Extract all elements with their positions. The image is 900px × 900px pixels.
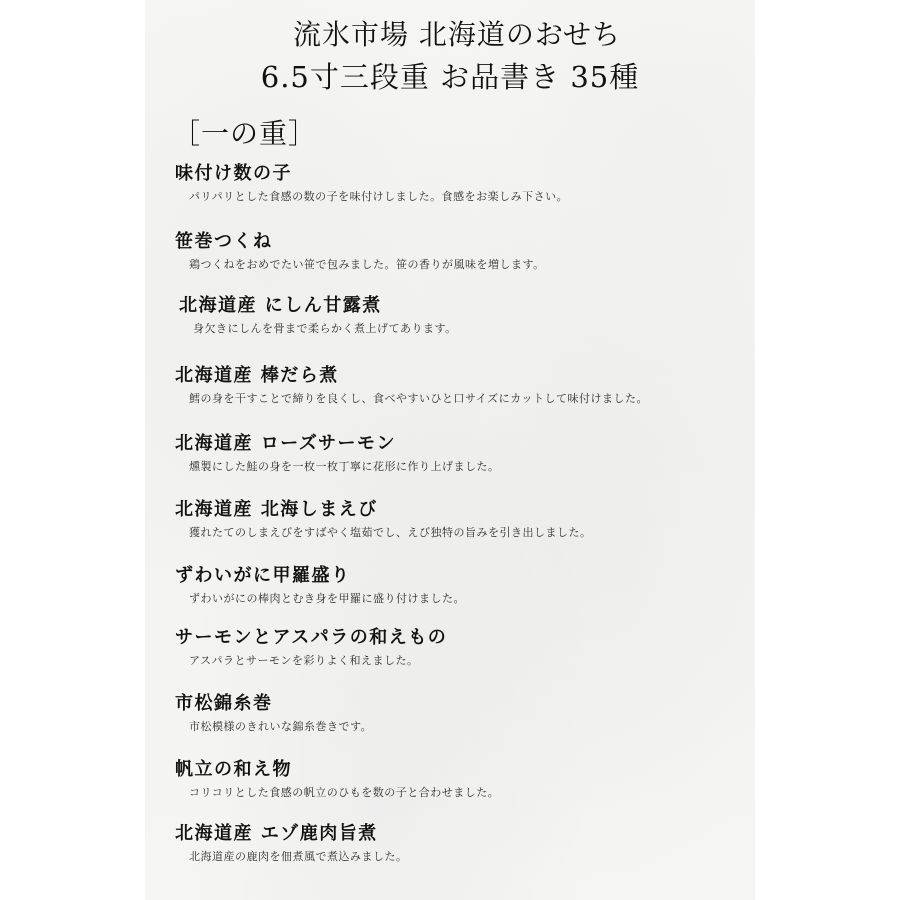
menu-item: サーモンとアスパラの和えもの アスパラとサーモンを彩りよく和えました。	[175, 626, 745, 669]
menu-item-description: コリコリとした食感の帆立のひもを数の子と合わせました。	[175, 785, 745, 801]
menu-item-name: 市松錦糸巻	[175, 692, 745, 716]
menu-item: 帆立の和え物 コリコリとした食感の帆立のひもを数の子と合わせました。	[175, 758, 745, 801]
title-shop-name: 流氷市場 北海道のおせち	[145, 14, 755, 56]
menu-item: 市松錦糸巻 市松模様のきれいな錦糸巻きです。	[175, 692, 745, 735]
menu-item-description: 鱈の身を干すことで締りを良くし、食べやすいひと口サイズにカットして味付けました。	[175, 391, 745, 407]
menu-item-name: 味付け数の子	[175, 162, 745, 186]
menu-item: 北海道産 エゾ鹿肉旨煮 北海道産の鹿肉を佃煮風で煮込みました。	[175, 822, 745, 865]
menu-item: 味付け数の子 パリパリとした食感の数の子を味付けしました。食感をお楽しみ下さい。	[175, 162, 745, 205]
menu-item: 北海道産 にしん甘露煮 身欠きにしんを骨まで柔らかく煮上げてあります。	[179, 294, 749, 337]
menu-paper: 流氷市場 北海道のおせち 6.5寸三段重 お品書き 35種 ［一の重］ 味付け数…	[145, 0, 755, 900]
menu-item-description: 北海道産の鹿肉を佃煮風で煮込みました。	[175, 849, 745, 865]
menu-item-name: 北海道産 棒だら煮	[175, 364, 745, 388]
menu-item-description: アスパラとサーモンを彩りよく和えました。	[175, 653, 745, 669]
menu-item: ずわいがに甲羅盛り ずわいがにの棒肉とむき身を甲羅に盛り付けました。	[175, 564, 745, 607]
menu-item-description: パリパリとした食感の数の子を味付けしました。食感をお楽しみ下さい。	[175, 189, 745, 205]
menu-item-name: 帆立の和え物	[175, 758, 745, 782]
menu-item-name: 北海道産 エゾ鹿肉旨煮	[175, 822, 745, 846]
menu-item-description: 獲れたてのしまえびをすばやく塩茹でし、えび独特の旨みを引き出しました。	[175, 525, 745, 541]
menu-item: 北海道産 棒だら煮 鱈の身を干すことで締りを良くし、食べやすいひと口サイズにカッ…	[175, 364, 745, 407]
section-heading-first-tier: ［一の重］	[172, 112, 317, 152]
menu-item: 北海道産 北海しまえび 獲れたてのしまえびをすばやく塩茹でし、えび独特の旨みを引…	[175, 498, 745, 541]
menu-item-name: サーモンとアスパラの和えもの	[175, 626, 745, 650]
menu-item-description: 身欠きにしんを骨まで柔らかく煮上げてあります。	[179, 321, 749, 337]
menu-item-name: 北海道産 ローズサーモン	[175, 432, 745, 456]
menu-item-name: 北海道産 北海しまえび	[175, 498, 745, 522]
menu-item-description: 鶏つくねをおめでたい笹で包みました。笹の香りが風味を増します。	[175, 257, 745, 273]
title-menu-subtitle: 6.5寸三段重 お品書き 35種	[145, 56, 755, 98]
menu-item-name: ずわいがに甲羅盛り	[175, 564, 745, 588]
menu-item-description: 市松模様のきれいな錦糸巻きです。	[175, 719, 745, 735]
menu-item-name: 笹巻つくね	[175, 230, 745, 254]
title-block: 流氷市場 北海道のおせち 6.5寸三段重 お品書き 35種	[145, 14, 755, 98]
menu-item-description: ずわいがにの棒肉とむき身を甲羅に盛り付けました。	[175, 591, 745, 607]
menu-item-name: 北海道産 にしん甘露煮	[179, 294, 749, 318]
menu-item-description: 燻製にした鮭の身を一枚一枚丁寧に花形に作り上げました。	[175, 459, 745, 475]
menu-item: 笹巻つくね 鶏つくねをおめでたい笹で包みました。笹の香りが風味を増します。	[175, 230, 745, 273]
menu-item: 北海道産 ローズサーモン 燻製にした鮭の身を一枚一枚丁寧に花形に作り上げました。	[175, 432, 745, 475]
